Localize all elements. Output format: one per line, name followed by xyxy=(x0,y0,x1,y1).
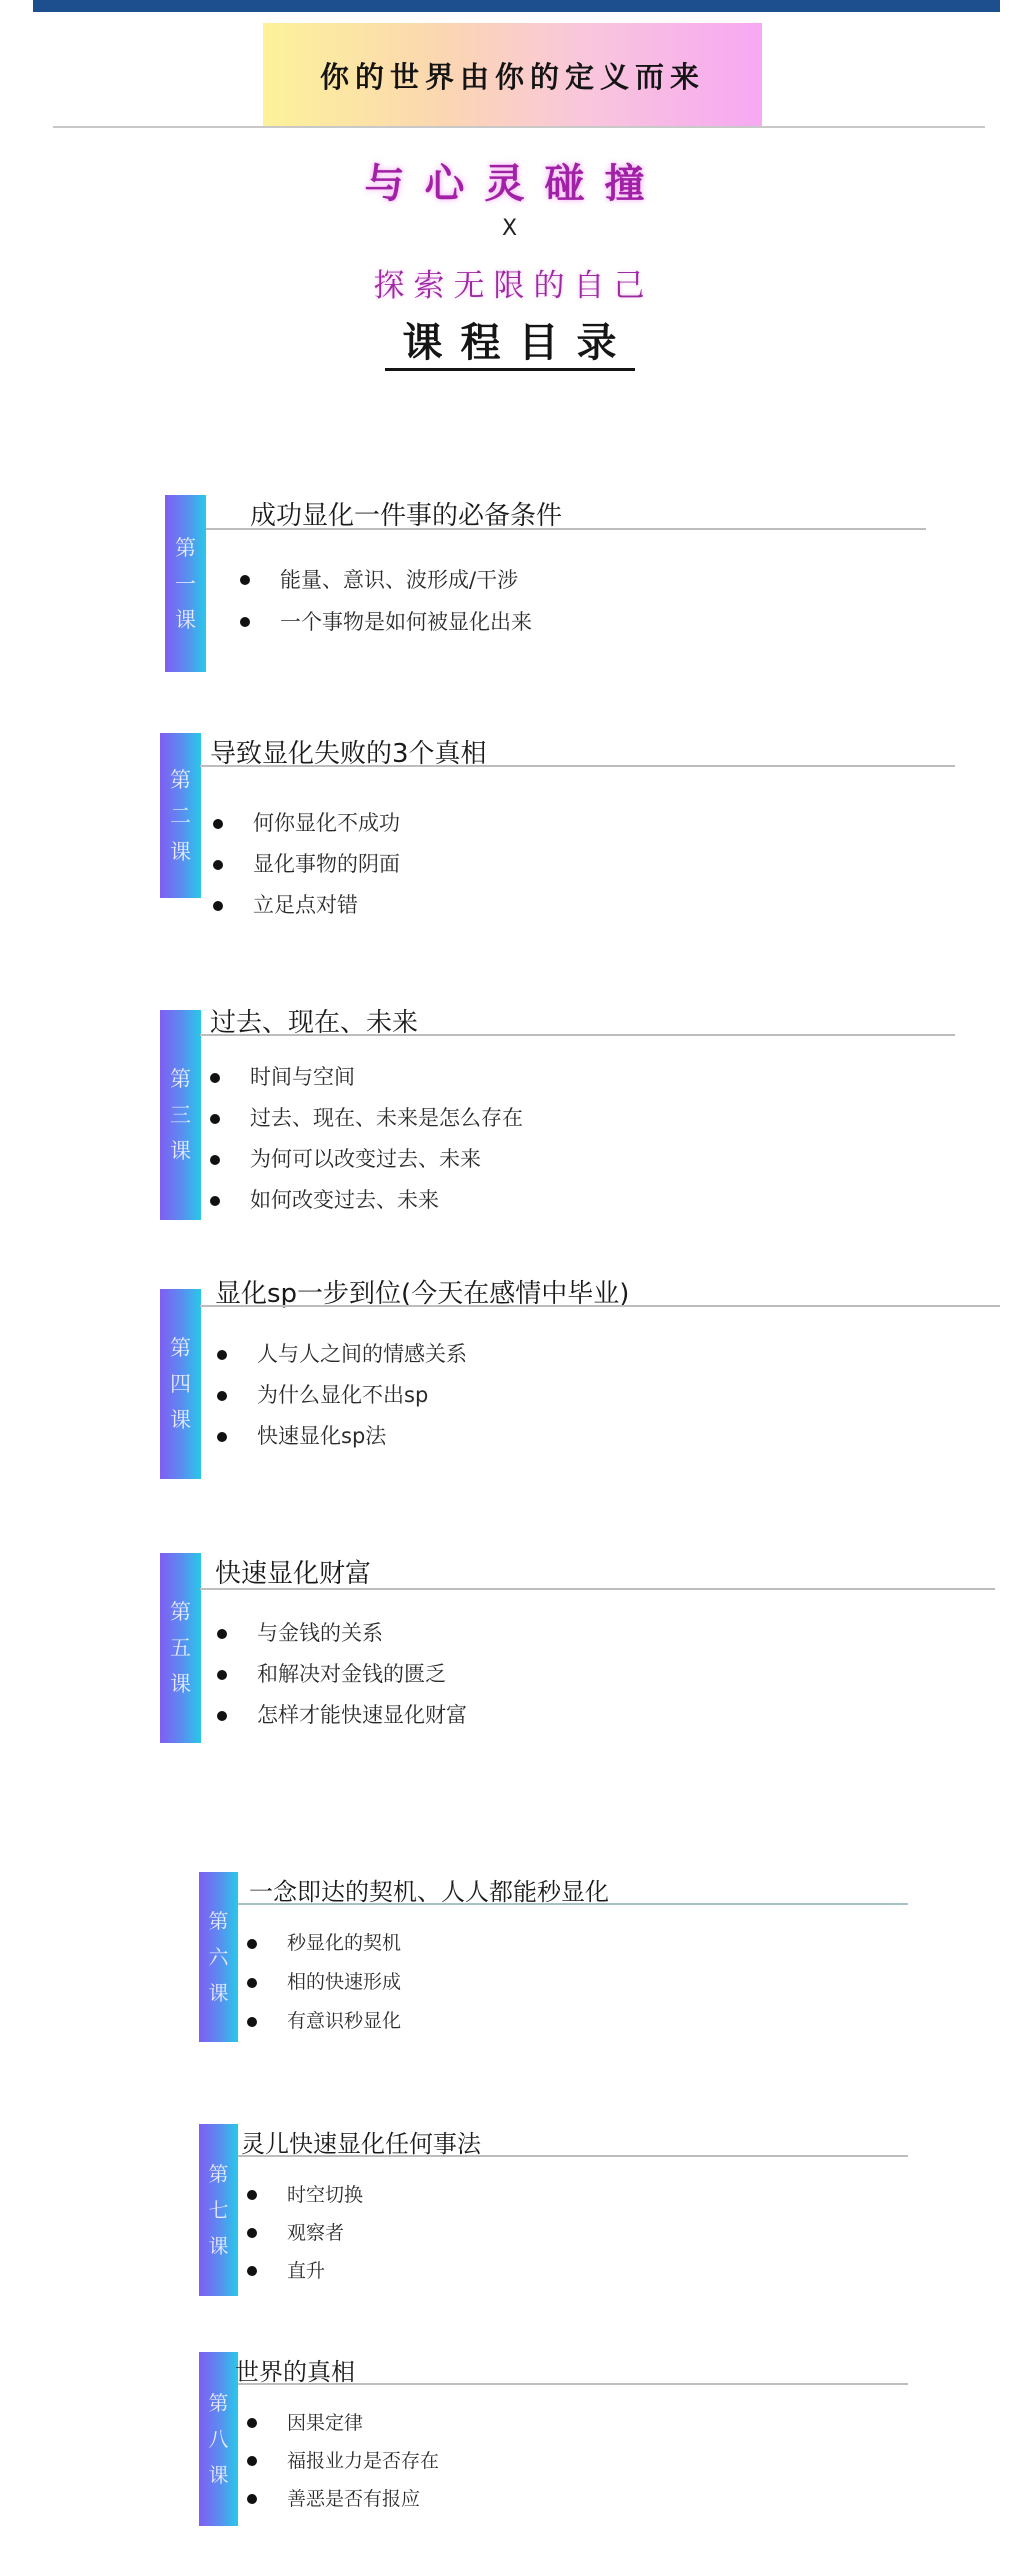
tab-char: 五 xyxy=(170,1636,191,1660)
bullet-icon xyxy=(247,2266,257,2276)
lesson-tab: 第 七 课 xyxy=(199,2124,238,2296)
lesson-divider xyxy=(200,1305,1000,1307)
bullet-icon xyxy=(247,2228,257,2238)
tab-char: 课 xyxy=(175,608,196,632)
bullet-icon xyxy=(217,1350,227,1360)
list-item: 一个事物是如何被显化出来 xyxy=(240,601,532,643)
lesson-divider xyxy=(200,765,955,767)
tab-char: 二 xyxy=(170,804,191,828)
lesson-tab: 第 一 课 xyxy=(165,495,206,672)
lesson-tab: 第 八 课 xyxy=(199,2352,238,2526)
lesson-tab: 第 三 课 xyxy=(160,1010,201,1220)
lesson-divider xyxy=(238,2383,908,2385)
list-item: 立足点对错 xyxy=(213,885,400,926)
lesson-tab: 第 五 课 xyxy=(160,1553,201,1743)
list-item: 有意识秒显化 xyxy=(247,2002,401,2041)
list-item: 时空切换 xyxy=(247,2176,363,2214)
list-item: 和解决对金钱的匮乏 xyxy=(217,1654,467,1695)
lesson-divider xyxy=(206,528,926,530)
lesson-divider xyxy=(200,1588,995,1590)
lesson-divider xyxy=(200,1034,955,1036)
bullet-icon xyxy=(247,2190,257,2200)
sub-title: 探索无限的自己 xyxy=(0,260,1019,305)
tab-char: 七 xyxy=(209,2198,229,2222)
list-item: 观察者 xyxy=(247,2214,363,2252)
list-item: 为何可以改变过去、未来 xyxy=(210,1139,523,1180)
lesson-topics: 秒显化的契机 相的快速形成 有意识秒显化 xyxy=(247,1924,401,2041)
lesson-divider xyxy=(238,1903,908,1905)
bullet-icon xyxy=(247,1978,257,1988)
list-item: 如何改变过去、未来 xyxy=(210,1180,523,1221)
list-item: 能量、意识、波形成/干涉 xyxy=(240,559,532,601)
list-item: 显化事物的阴面 xyxy=(213,844,400,885)
bullet-icon xyxy=(247,1939,257,1949)
bullet-icon xyxy=(217,1629,227,1639)
tab-char: 第 xyxy=(170,768,191,792)
list-item: 过去、现在、未来是怎么存在 xyxy=(210,1098,523,1139)
bullet-icon xyxy=(217,1670,227,1680)
bullet-icon xyxy=(247,2456,257,2466)
list-item: 相的快速形成 xyxy=(247,1963,401,2002)
bullet-icon xyxy=(240,575,250,585)
tab-char: 课 xyxy=(209,1981,229,2005)
tab-char: 课 xyxy=(209,2234,229,2258)
tab-char: 八 xyxy=(209,2427,229,2451)
main-title: 与心灵碰撞 xyxy=(0,152,1019,209)
tab-char: 课 xyxy=(170,840,191,864)
bullet-icon xyxy=(247,2017,257,2027)
bullet-icon xyxy=(210,1196,220,1206)
list-item: 善恶是否有报应 xyxy=(247,2480,439,2518)
list-item: 快速显化sp法 xyxy=(217,1416,467,1457)
bullet-icon xyxy=(213,860,223,870)
bullet-icon xyxy=(210,1114,220,1124)
lesson-title: 成功显化一件事的必备条件 xyxy=(250,495,562,532)
list-item: 为什么显化不出sp xyxy=(217,1375,467,1416)
tab-char: 第 xyxy=(175,536,196,560)
lesson-topics: 人与人之间的情感关系 为什么显化不出sp 快速显化sp法 xyxy=(217,1334,467,1457)
slogan-text: 你的世界由你的定义而来 xyxy=(320,55,705,96)
tab-char: 六 xyxy=(209,1945,229,1969)
bullet-icon xyxy=(213,901,223,911)
list-item: 福报业力是否存在 xyxy=(247,2442,439,2480)
bullet-icon xyxy=(217,1391,227,1401)
tab-char: 第 xyxy=(170,1067,191,1091)
tab-char: 课 xyxy=(170,1672,191,1696)
tab-char: 第 xyxy=(170,1600,191,1624)
lesson-title: 灵儿快速显化任何事法 xyxy=(241,2124,481,2159)
lesson-tab: 第 二 课 xyxy=(160,733,201,898)
lesson-topics: 能量、意识、波形成/干涉 一个事物是如何被显化出来 xyxy=(240,559,532,643)
catalog-title-text: 课程目录 xyxy=(385,318,635,371)
tab-char: 第 xyxy=(209,2391,229,2415)
tab-char: 课 xyxy=(170,1139,191,1163)
lesson-topics: 时间与空间 过去、现在、未来是怎么存在 为何可以改变过去、未来 如何改变过去、未… xyxy=(210,1057,523,1221)
list-item: 怎样才能快速显化财富 xyxy=(217,1695,467,1736)
list-item: 时间与空间 xyxy=(210,1057,523,1098)
list-item: 秒显化的契机 xyxy=(247,1924,401,1963)
bullet-icon xyxy=(217,1432,227,1442)
lesson-topics: 何你显化不成功 显化事物的阴面 立足点对错 xyxy=(213,803,400,926)
tab-char: 课 xyxy=(209,2463,229,2487)
tab-char: 第 xyxy=(209,1909,229,1933)
tab-char: 第 xyxy=(170,1336,191,1360)
tab-char: 四 xyxy=(170,1372,191,1396)
list-item: 因果定律 xyxy=(247,2404,439,2442)
list-item: 与金钱的关系 xyxy=(217,1613,467,1654)
lesson-tab: 第 四 课 xyxy=(160,1289,201,1479)
lesson-divider xyxy=(238,2155,908,2157)
list-item: 何你显化不成功 xyxy=(213,803,400,844)
bullet-icon xyxy=(213,819,223,829)
tab-char: 三 xyxy=(170,1103,191,1127)
lesson-topics: 与金钱的关系 和解决对金钱的匮乏 怎样才能快速显化财富 xyxy=(217,1613,467,1736)
lesson-topics: 时空切换 观察者 直升 xyxy=(247,2176,363,2290)
lesson-title: 快速显化财富 xyxy=(215,1553,371,1590)
tab-char: 课 xyxy=(170,1408,191,1432)
lesson-title: 一念即达的契机、人人都能秒显化 xyxy=(249,1872,609,1907)
title-connector: X xyxy=(0,216,1019,241)
bullet-icon xyxy=(247,2418,257,2428)
catalog-title: 课程目录 xyxy=(0,318,1019,371)
bullet-icon xyxy=(210,1073,220,1083)
list-item: 直升 xyxy=(247,2252,363,2290)
top-bar xyxy=(33,0,1000,12)
slogan-banner: 你的世界由你的定义而来 xyxy=(263,23,762,128)
header-divider xyxy=(53,126,985,128)
tab-char: 第 xyxy=(209,2162,229,2186)
tab-char: 一 xyxy=(175,572,196,596)
bullet-icon xyxy=(217,1711,227,1721)
lesson-tab: 第 六 课 xyxy=(199,1872,238,2042)
bullet-icon xyxy=(210,1155,220,1165)
list-item: 人与人之间的情感关系 xyxy=(217,1334,467,1375)
bullet-icon xyxy=(240,617,250,627)
bullet-icon xyxy=(247,2494,257,2504)
lesson-topics: 因果定律 福报业力是否存在 善恶是否有报应 xyxy=(247,2404,439,2518)
lesson-title: 世界的真相 xyxy=(235,2352,355,2387)
